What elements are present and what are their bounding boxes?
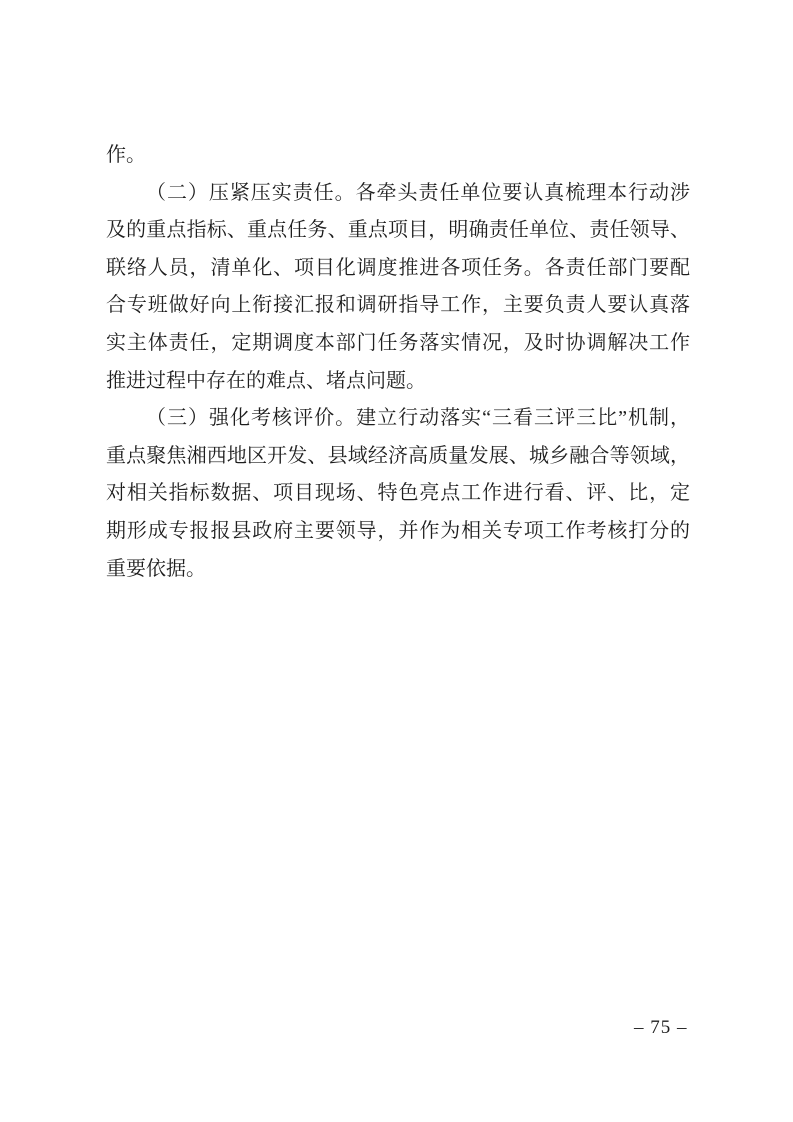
text-line: 及的重点指标、重点任务、重点项目，明确责任单位、责任领导、 xyxy=(106,212,690,250)
document-page: 作。（二）压紧压实责任。各牵头责任单位要认真梳理本行动涉及的重点指标、重点任务、… xyxy=(0,0,793,1122)
document-body: 作。（二）压紧压实责任。各牵头责任单位要认真梳理本行动涉及的重点指标、重点任务、… xyxy=(106,137,690,588)
text-line: 推进过程中存在的难点、堵点问题。 xyxy=(106,363,690,401)
text-line: （三）强化考核评价。建立行动落实“三看三评三比”机制， xyxy=(106,400,690,438)
text-line: 重要依据。 xyxy=(106,551,690,589)
text-line: 重点聚焦湘西地区开发、县域经济高质量发展、城乡融合等领域， xyxy=(106,438,690,476)
text-line: 联络人员，清单化、项目化调度推进各项任务。各责任部门要配 xyxy=(106,250,690,288)
text-line: 对相关指标数据、项目现场、特色亮点工作进行看、评、比，定 xyxy=(106,475,690,513)
text-line: 实主体责任，定期调度本部门任务落实情况，及时协调解决工作 xyxy=(106,325,690,363)
page-number: – 75 – xyxy=(634,1017,688,1039)
text-line: 作。 xyxy=(106,137,690,175)
text-line: 期形成专报报县政府主要领导，并作为相关专项工作考核打分的 xyxy=(106,513,690,551)
text-line: （二）压紧压实责任。各牵头责任单位要认真梳理本行动涉 xyxy=(106,175,690,213)
text-line: 合专班做好向上衔接汇报和调研指导工作，主要负责人要认真落 xyxy=(106,287,690,325)
